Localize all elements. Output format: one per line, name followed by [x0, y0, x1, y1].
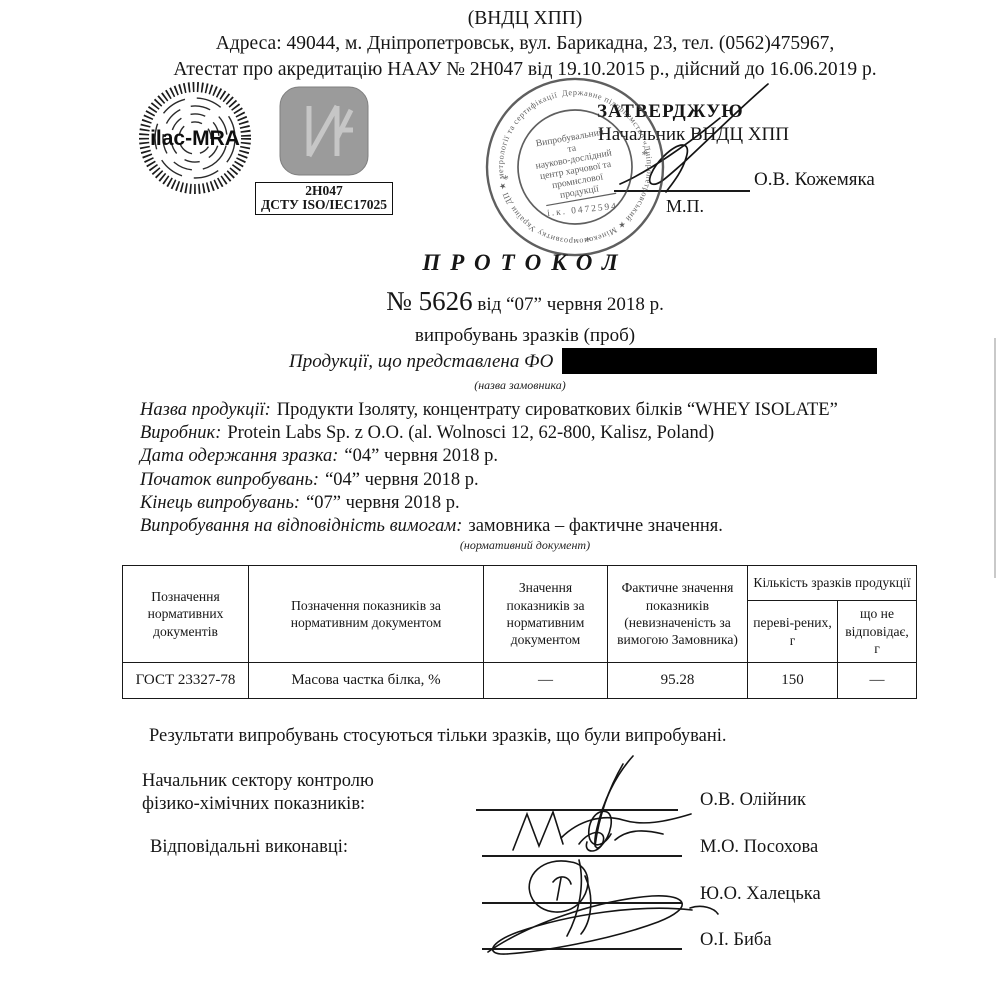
col-header-actual-value: Фактичне значення показників (невизначен… [608, 566, 748, 663]
name-posokhova: М.О. Посохова [700, 837, 818, 858]
head-of-sector-label: Начальник сектору контролю фізико-хімічн… [142, 770, 374, 816]
detail-row: Назва продукції:Продукти Ізоляту, концен… [140, 399, 980, 422]
normative-caption: (нормативний документ) [375, 538, 675, 553]
protocol-number-line: № 5626 від “07” червня 2018 р. [50, 286, 1000, 317]
result-note: Результати випробувань стосуються тільки… [149, 726, 727, 747]
detail-row: Початок випробувань:“04” червня 2018 р. [140, 469, 980, 492]
redaction-bar [562, 348, 877, 374]
cell-nonconforming-qty: — [838, 663, 917, 699]
ilac-mra-logo: ilac-MRA [137, 81, 253, 197]
cell-actual-value: 95.28 [608, 663, 748, 699]
scan-artifact-line [994, 338, 996, 578]
stamp-center-text: Випробувальний та науково-дослідний цент… [531, 126, 622, 225]
col-header-sample-qty: Кількість зразків продукції [748, 566, 917, 601]
detail-row: Дата одержання зразка:“04” червня 2018 р… [140, 445, 980, 468]
svg-text:*: * [502, 172, 510, 187]
cell-normative-value: — [484, 663, 608, 699]
results-table: Позначення нормативних документів Познач… [122, 565, 917, 699]
name-oliynyk: О.В. Олійник [700, 790, 806, 811]
naau-logo [279, 86, 369, 176]
col-header-normative-value: Значення показників за нормативним докум… [484, 566, 608, 663]
org-short-name: (ВНДЦ ХПП) [50, 8, 1000, 30]
ilac-mra-text: ilac-MRA [150, 127, 240, 150]
protocol-number: № 5626 [386, 286, 473, 316]
naau-box-standard: ДСТУ ISO/IEC17025 [256, 198, 392, 212]
round-stamp: Державне підприємство «Дніпропетровський… [478, 70, 673, 265]
subcol-header-checked: переві-рених, г [748, 601, 838, 663]
detail-row: Кінець випробувань:“07” червня 2018 р. [140, 492, 980, 515]
col-header-indicator: Позначення показників за нормативним док… [249, 566, 484, 663]
col-header-normative-doc: Позначення нормативних документів [123, 566, 249, 663]
responsible-executors-label: Відповідальні виконавці: [150, 836, 348, 859]
org-address: Адреса: 49044, м. Дніпропетровськ, вул. … [50, 33, 1000, 55]
signature-byba [470, 886, 725, 966]
cell-normative-doc: ГОСТ 23327-78 [123, 663, 249, 699]
stamp-code: і.к. 0472594 [547, 202, 619, 219]
subcol-header-nonconforming: що не відповідає, г [838, 601, 917, 663]
protocol-title: ПРОТОКОЛ [50, 250, 1000, 276]
details-block: Назва продукції:Продукти Ізоляту, концен… [140, 399, 980, 538]
customer-label: Продукції, що представлена ФО [289, 351, 553, 373]
cell-checked-qty: 150 [748, 663, 838, 699]
cell-indicator: Масова частка білка, % [249, 663, 484, 699]
protocol-subtitle: випробувань зразків (проб) [50, 325, 1000, 347]
customer-caption: (назва замовника) [430, 378, 610, 393]
protocol-date: від “07” червня 2018 р. [473, 294, 664, 315]
table-row: ГОСТ 23327-78 Масова частка білка, % — 9… [123, 663, 917, 699]
detail-row: Випробування на відповідність вимогам:за… [140, 515, 980, 538]
detail-row: Виробник:Protein Labs Sp. z O.O. (al. Wo… [140, 422, 980, 445]
accreditation-number-box: 2Н047 ДСТУ ISO/IEC17025 [255, 182, 393, 215]
naau-box-number: 2Н047 [256, 184, 392, 198]
